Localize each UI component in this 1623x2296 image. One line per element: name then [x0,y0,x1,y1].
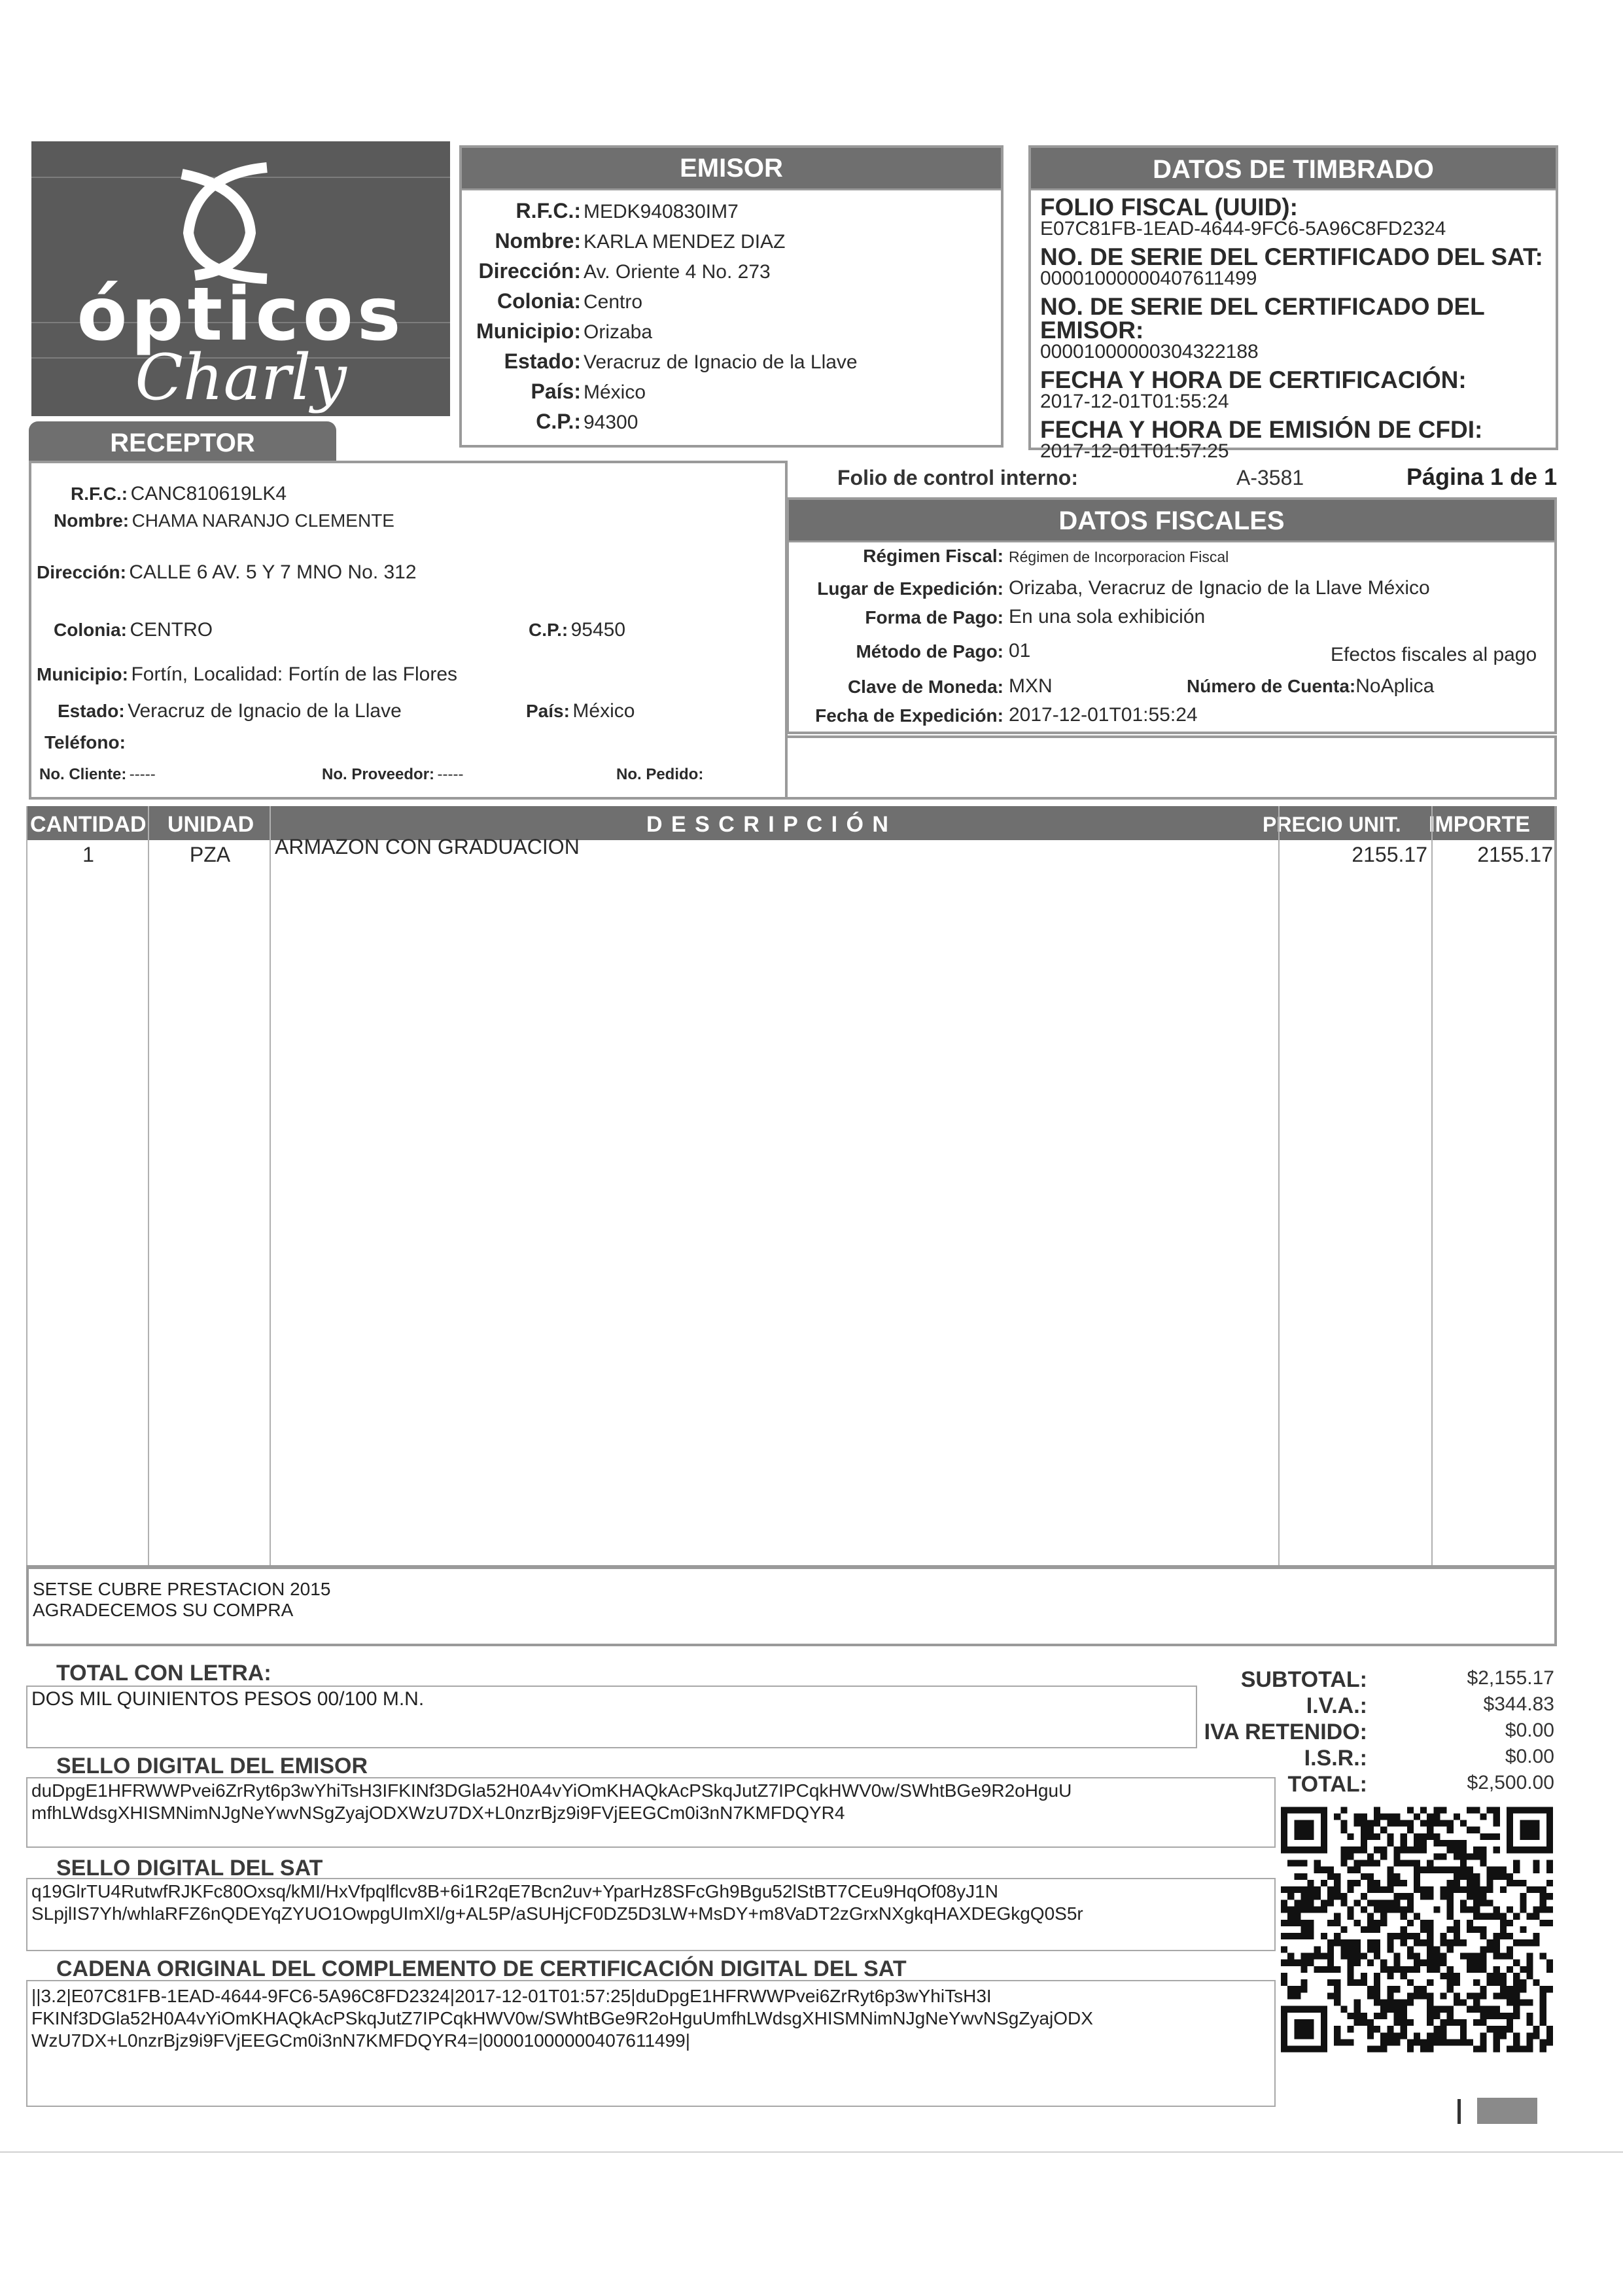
receptor-cp-label: C.P.: [529,620,568,640]
total-value: $2,500.00 [1467,1772,1554,1794]
emisor-field-label: Colonia: [462,289,581,313]
emisor-field: Dirección:Av. Oriente 4 No. 273 [462,259,771,283]
emisor-field-value: MEDK940830IM7 [584,201,739,223]
emisor-field-label: R.F.C.: [462,199,581,223]
emisor-field-value: KARLA MENDEZ DIAZ [584,231,785,253]
receptor-no-cliente-value: ----- [130,766,156,783]
emisor-field: Nombre:KARLA MENDEZ DIAZ [462,229,785,253]
emisor-field-value: Centro [584,291,642,313]
emisor-field-value: 94300 [584,412,638,434]
folio-label: Folio de control interno: [837,466,1078,490]
timbrado-field: NO. DE SERIE DEL CERTIFICADO DEL EMISOR:… [1040,295,1546,362]
emisor-panel: EMISOR R.F.C.:MEDK940830IM7Nombre:KARLA … [459,145,1003,448]
timbrado-field-value: 00001000000304322188 [1040,342,1546,362]
logo-script-text: Charly [31,341,450,414]
cuenta-label: Número de Cuenta: [1187,676,1355,696]
page-mark [1457,2099,1461,2124]
col-divider [1280,806,1433,1565]
sello-emisor-title: SELLO DIGITAL DEL EMISOR [56,1754,368,1779]
total-letra-box: DOS MIL QUINIENTOS PESOS 00/100 M.N. [26,1686,1197,1748]
total-value: $2,155.17 [1467,1667,1554,1689]
emisor-field-label: País: [462,380,581,404]
regimen-value: Régimen de Incorporacion Fiscal [1009,548,1229,566]
moneda-value: MXN [1009,675,1053,698]
item-descripcion: ARMAZON CON GRADUACION [275,835,580,859]
total-label: TOTAL: [1288,1772,1368,1797]
emisor-field-label: Nombre: [462,229,581,253]
emisor-field: R.F.C.:MEDK940830IM7 [462,199,739,223]
timbrado-title: DATOS DE TIMBRADO [1031,148,1556,190]
timbrado-field: NO. DE SERIE DEL CERTIFICADO DEL SAT:000… [1040,245,1546,289]
facturacion-badge-icon [1477,2098,1537,2124]
emisor-field-value: Veracruz de Ignacio de la Llave [584,351,858,374]
sello-emisor-box: duDpgE1HFRWWPvei6ZrRyt6p3wYhiTsH3IFKINf3… [26,1777,1276,1848]
cadena-title: CADENA ORIGINAL DEL COMPLEMENTO DE CERTI… [56,1956,907,1982]
receptor-rfc-value: CANC810619LK4 [131,483,287,504]
emisor-field: Municipio:Orizaba [462,319,652,344]
emisor-title: EMISOR [462,148,1001,190]
receptor-direccion-value: CALLE 6 AV. 5 Y 7 MNO No. 312 [129,561,416,583]
emisor-field: Colonia:Centro [462,289,642,313]
receptor-municipio-value: Fortín, Localidad: Fortín de las Flores [131,663,457,685]
total-label: SUBTOTAL: [1241,1667,1367,1693]
observacion-line: SETSE CUBRE PRESTACION 2015 [33,1578,330,1600]
page-edge [0,2151,1623,2153]
item-precio: 2155.17 [1280,843,1427,867]
emisor-field: Estado:Veracruz de Ignacio de la Llave [462,349,858,374]
emisor-field: C.P.:94300 [462,410,638,434]
observacion-line: AGRADECEMOS SU COMPRA [33,1599,293,1621]
total-letra-label: TOTAL CON LETRA: [56,1661,271,1686]
cadena-line: WzU7DX+L0nzrBjz9i9FVjEEGCm0i3nN7KMFDQYR4… [31,2030,690,2052]
total-label: IVA RETENIDO: [1204,1720,1367,1745]
timbrado-panel: DATOS DE TIMBRADO FOLIO FISCAL (UUID):E0… [1028,145,1558,450]
total-value: $344.83 [1484,1693,1554,1716]
folio-value: A-3581 [1236,466,1304,490]
emisor-field-value: Orizaba [584,321,652,344]
receptor-rfc-label: R.F.C.: [71,484,128,504]
emisor-field-label: C.P.: [462,410,581,434]
timbrado-field: FECHA Y HORA DE CERTIFICACIÓN:2017-12-01… [1040,368,1546,412]
timbrado-field: FECHA Y HORA DE EMISIÓN DE CFDI:2017-12-… [1040,418,1546,461]
page-number: Página 1 de 1 [1406,463,1557,491]
timbrado-field-label: FECHA Y HORA DE EMISIÓN DE CFDI: [1040,418,1546,442]
sello-sat-line: q19GlrTU4RutwfRJKFc80Oxsq/kMI/HxVfpqlflc… [31,1881,998,1903]
sello-emisor-line: duDpgE1HFRWWPvei6ZrRyt6p3wYhiTsH3IFKINf3… [31,1780,1072,1802]
timbrado-field-value: 2017-12-01T01:57:25 [1040,442,1546,461]
receptor-estado-label: Estado: [58,701,125,721]
timbrado-field-label: FECHA Y HORA DE CERTIFICACIÓN: [1040,368,1546,392]
moneda-label: Clave de Moneda: [789,677,1003,698]
item-unidad: PZA [149,843,271,867]
item-importe: 2155.17 [1433,843,1553,867]
receptor-no-proveedor-label: No. Proveedor: [322,766,434,783]
sello-sat-box: q19GlrTU4RutwfRJKFc80Oxsq/kMI/HxVfpqlflc… [26,1878,1276,1951]
total-value: $0.00 [1505,1720,1554,1742]
forma-pago-value: En una sola exhibición [1009,606,1205,628]
fiscales-title: DATOS FISCALES [789,500,1554,542]
forma-pago-label: Forma de Pago: [789,607,1003,628]
timbrado-field-label: FOLIO FISCAL (UUID): [1040,196,1546,219]
timbrado-field-value: 00001000000407611499 [1040,269,1546,289]
col-divider [149,806,271,1565]
timbrado-field-label: NO. DE SERIE DEL CERTIFICADO DEL EMISOR: [1040,295,1546,342]
emisor-field-label: Dirección: [462,259,581,283]
datos-fiscales-panel: DATOS FISCALES Régimen Fiscal: Régimen d… [786,497,1557,734]
receptor-colonia-value: CENTRO [130,619,213,641]
receptor-colonia-label: Colonia: [54,620,127,640]
cadena-line: FKINf3DGla52H0A4vYiOmKHAQkAcPSkqJutZ7IPC… [31,2007,1093,2030]
metodo-pago-label: Método de Pago: [789,641,1003,662]
cadena-line: ||3.2|E07C81FB-1EAD-4644-9FC6-5A96C8FD23… [31,1985,992,2007]
qr-code-icon [1281,1806,1553,2053]
emisor-field: País:México [462,380,646,404]
observaciones-box: SETSE CUBRE PRESTACION 2015 AGRADECEMOS … [26,1565,1557,1646]
regimen-label: Régimen Fiscal: [789,546,1003,567]
receptor-municipio-label: Municipio: [37,664,128,684]
sello-sat-line: SLpjlIS7Yh/whlaRFZ6nQDEYqZYUO1OwpgUImXl/… [31,1903,1083,1925]
timbrado-field: FOLIO FISCAL (UUID):E07C81FB-1EAD-4644-9… [1040,196,1546,239]
receptor-panel: R.F.C.: CANC810619LK4 Nombre: CHAMA NARA… [29,461,788,800]
cuenta-value: NoAplica [1355,675,1434,697]
timbrado-field-value: 2017-12-01T01:55:24 [1040,392,1546,412]
emisor-field-label: Estado: [462,349,581,374]
receptor-nombre-label: Nombre: [54,510,129,531]
receptor-nombre-value: CHAMA NARANJO CLEMENTE [132,510,394,531]
eye-logo-icon [169,161,280,285]
receptor-telefono-label: Teléfono: [44,732,126,752]
cadena-box: ||3.2|E07C81FB-1EAD-4644-9FC6-5A96C8FD23… [26,1980,1276,2107]
emisor-field-value: Av. Oriente 4 No. 273 [584,261,771,283]
col-divider [271,806,1280,1565]
receptor-direccion-label: Dirección: [37,562,126,582]
receptor-no-pedido-label: No. Pedido: [616,766,703,783]
receptor-pais-value: México [572,700,635,722]
receptor-estado-value: Veracruz de Ignacio de la Llave [128,700,402,722]
efectos-fiscales: Efectos fiscales al pago [1331,644,1537,666]
receptor-extension-box [785,735,1557,800]
total-value: $0.00 [1505,1746,1554,1768]
total-letra-value: DOS MIL QUINIENTOS PESOS 00/100 M.N. [31,1688,424,1710]
item-cantidad: 1 [27,843,149,867]
timbrado-field-label: NO. DE SERIE DEL CERTIFICADO DEL SAT: [1040,245,1546,269]
total-label: I.S.R.: [1304,1746,1367,1771]
total-label: I.V.A.: [1306,1693,1367,1719]
lugar-value: Orizaba, Veracruz de Ignacio de la Llave… [1009,577,1430,599]
receptor-no-proveedor-value: ----- [437,766,463,783]
sello-emisor-line: mfhLWdsgXHISMNimNJgNeYwvNSgZyajODXWzU7DX… [31,1802,845,1824]
receptor-cp-value: 95450 [571,619,625,641]
lugar-label: Lugar de Expedición: [789,578,1003,599]
header-importe: IMPORTE [1429,806,1530,843]
timbrado-field-value: E07C81FB-1EAD-4644-9FC6-5A96C8FD2324 [1040,219,1546,239]
metodo-pago-value: 01 [1009,640,1030,662]
col-divider [27,806,149,1565]
receptor-title: RECEPTOR [29,421,336,462]
emisor-field-label: Municipio: [462,319,581,344]
receptor-pais-label: País: [526,701,570,721]
fecha-expedicion-label: Fecha de Expedición: [789,705,1003,726]
receptor-no-cliente-label: No. Cliente: [39,766,126,783]
emisor-field-value: México [584,381,646,404]
items-table: CANTIDAD UNIDAD D E S C R I P C I Ó N PR… [26,806,1557,1565]
company-logo: ópticos Charly [31,141,450,416]
fecha-expedicion-value: 2017-12-01T01:55:24 [1009,704,1198,726]
